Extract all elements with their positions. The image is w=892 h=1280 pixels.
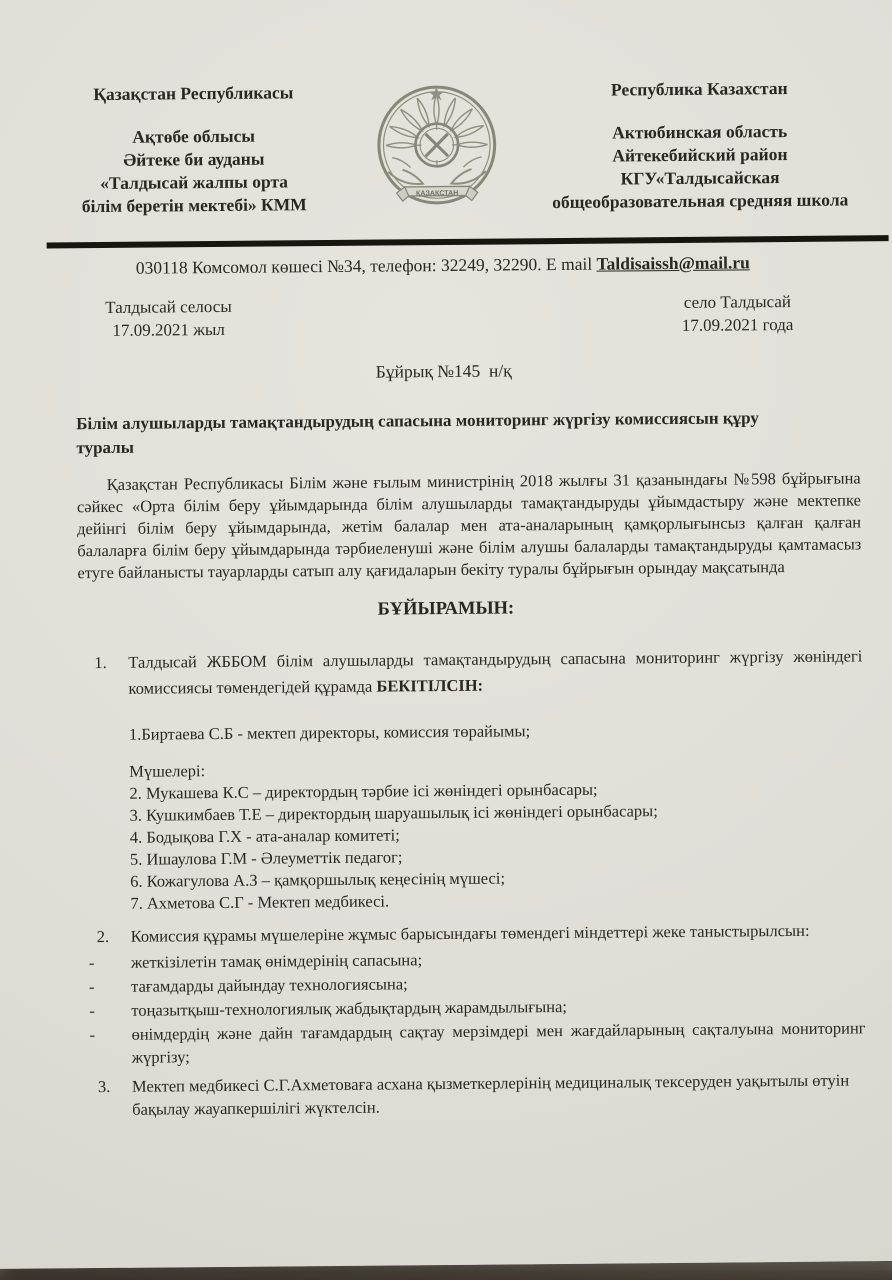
order-item-3: 3. Мектеп медбикесі С.Г.Ахметоваға асхан… xyxy=(98,1068,866,1121)
duty-text: өнімдердің және дайн тағамдардың сақтау … xyxy=(131,1016,865,1068)
decree-heading: БҰЙЫРАМЫН: xyxy=(0,593,892,625)
document-photo: Қазақстан Республикасы Ақтөбе облысы Әйт… xyxy=(0,0,892,1280)
item-number: 1. xyxy=(94,650,128,702)
spacer xyxy=(43,104,343,127)
item-text: Талдысай ЖББОМ білім алушыларды тамақтан… xyxy=(128,643,862,701)
dateline-row: Талдысай селосы 17.09.2021 жыл село Талд… xyxy=(0,273,889,343)
org-line: Ақтөбе облысы xyxy=(44,124,344,150)
order-subject: Білім алушыларды тамақтандырудың сапасын… xyxy=(76,406,800,460)
place-kk: Талдысай селосы xyxy=(105,295,232,319)
org-line: Айтекебийский район xyxy=(530,142,870,168)
org-line: Актюбинская область xyxy=(530,119,870,145)
org-line: білім беретін мектебі» КММ xyxy=(44,193,344,219)
kazakhstan-emblem-icon: ҚАЗАҚСТАН xyxy=(369,81,504,221)
item-1-body: Талдысай ЖББОМ білім алушыларды тамақтан… xyxy=(128,646,862,697)
order-preamble: Қазақстан Республикасы Білім және ғылым … xyxy=(77,467,862,584)
place-ru: село Талдысай xyxy=(682,290,794,314)
commission-chair-line: 1.Биртаева С.Б - мектеп директоры, комис… xyxy=(129,717,863,745)
emblem-banner-text: ҚАЗАҚСТАН xyxy=(416,189,459,197)
item-1-bold-word: БЕКІТІЛСІН: xyxy=(376,676,483,696)
dateline-russian: село Талдысай 17.09.2021 года xyxy=(682,290,794,337)
dash-marker: - xyxy=(89,1023,131,1069)
date-kk: 17.09.2021 жыл xyxy=(105,318,232,342)
country-name-ru: Республика Казахстан xyxy=(529,76,869,102)
email-address: Taldisaissh@mail.ru xyxy=(596,252,749,273)
dash-marker: - xyxy=(89,999,131,1022)
order-document: Қазақстан Республикасы Ақтөбе облысы Әйт… xyxy=(0,0,892,1122)
org-line: общеобразовательная средняя школа xyxy=(530,188,870,214)
dateline-kazakh: Талдысай селосы 17.09.2021 жыл xyxy=(105,295,232,342)
letterhead-divider-rule xyxy=(47,235,889,248)
item-number: 2. xyxy=(97,924,131,950)
dash-marker: - xyxy=(89,975,131,998)
letterhead: Қазақстан Республикасы Ақтөбе облысы Әйт… xyxy=(0,0,888,225)
org-line: «Талдысай жалпы орта xyxy=(44,170,344,196)
item-number: 3. xyxy=(98,1075,132,1121)
org-line: Әйтеке би ауданы xyxy=(44,147,344,173)
address-text: 030118 Комсомол көшесі №34, телефон: 322… xyxy=(136,254,597,278)
country-name-kk: Қазақстан Республикасы xyxy=(43,81,343,107)
order-item-1: 1. Талдысай ЖББОМ білім алушыларды тамақ… xyxy=(94,643,862,702)
date-ru: 17.09.2021 года xyxy=(682,313,794,337)
letterhead-kazakh: Қазақстан Республикасы Ақтөбе облысы Әйт… xyxy=(43,81,344,219)
dash-marker: - xyxy=(89,951,131,974)
letterhead-russian: Республика Казахстан Актюбинская область… xyxy=(529,76,870,214)
item-text: Мектеп медбикесі С.Г.Ахметоваға асхана қ… xyxy=(132,1068,866,1120)
order-number: Бұйрық №145 н/қ xyxy=(0,357,890,386)
duty-line: - өнімдердің және дайн тағамдардың сақта… xyxy=(89,1016,865,1069)
org-line: КГУ«Талдысайская xyxy=(530,165,870,191)
paper-sheet: Қазақстан Республикасы Ақтөбе облысы Әйт… xyxy=(0,0,892,1269)
